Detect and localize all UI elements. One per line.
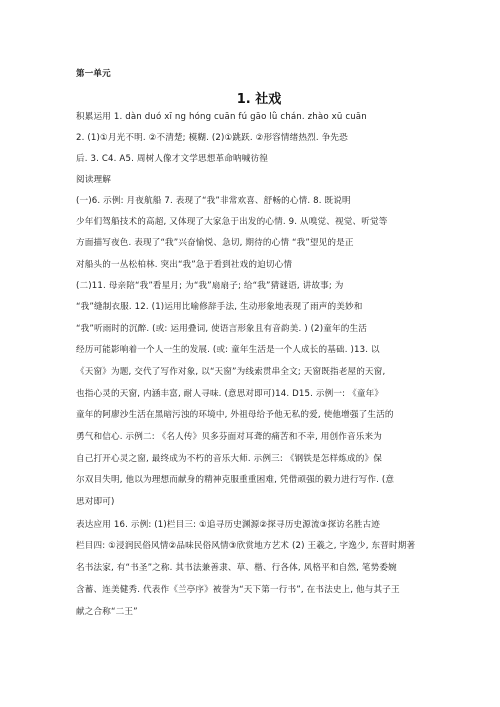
text-line: 方面描写夜色. 表现了“我”兴奋愉悦、急切, 期待的心情 “我”望见的是正 xyxy=(76,237,354,249)
text-line: 表达应用 16. 示例: (1)栏目三: ①追寻历史渊源②探寻历史源流③探访名胜… xyxy=(76,519,380,531)
text-line: 也指心灵的天窗, 内涵丰富, 耐人寻味. (意思对即可)14. D15. 示例一… xyxy=(76,388,383,400)
unit-heading: 第一单元 xyxy=(76,67,111,79)
section-heading-reading: 阅读理解 xyxy=(76,174,111,186)
text-line: 少年们驾船技术的高超, 又体现了大家急于出发的心情. 9. 从嗅觉、视觉、听觉等 xyxy=(76,216,387,228)
document-page: 第一单元 1. 社戏 积累运用 1. dàn duó xī ng hóng cu… xyxy=(0,0,500,707)
text-line: 尔双目失明, 他以为理想而献身的精神克服重重困难, 凭借顽强的毅力进行写作. (… xyxy=(76,474,394,486)
text-line: “我”缝制衣服. 12. (1)运用比喻修辞手法, 生动形象地表现了雨声的美妙和 xyxy=(76,301,362,313)
text-line: 对船头的一丛松柏林. 突出“我”急于看到社戏的迫切心情 xyxy=(76,259,292,271)
text-line: 栏目四: ①浸润民俗风情②品味民俗风情③欣赏地方艺术 (2) 王羲之, 字逸少,… xyxy=(76,540,415,552)
text-line: “我”听雨时的沉醉. (或: 运用叠词, 使语言形象且有音韵美. ) (2)童年… xyxy=(76,323,367,335)
lesson-title: 1. 社戏 xyxy=(0,88,500,107)
text-line: 《天窗》为题, 交代了写作对象, 以“天窗”为线索贯串全文; 天窗既指老屋的天窗… xyxy=(76,366,385,378)
text-line: 童年的阿廖沙生活在黑暗污浊的环境中, 外祖母给予他无私的爱, 使他增强了生活的 xyxy=(76,409,394,421)
text-line: 名书法家, 有“书圣”之称. 其书法兼善隶、草、楷、行各体, 风格平和自然, 笔… xyxy=(76,562,397,574)
text-line: 思对即可) xyxy=(76,496,114,508)
text-line: 献之合称“二王” xyxy=(76,606,138,618)
text-line: 自己打开心灵之窗, 最终成为不朽的音乐大师. 示例三: 《钢铁是怎样炼成的》保 xyxy=(76,453,382,465)
text-line: (二)11. 母亲陪“我”看星月; 为“我”扇扇子; 给“我”猜谜语, 讲故事;… xyxy=(76,280,344,292)
text-line: 后. 3. C4. A5. 周树人像才文学思想革命呐喊彷徨 xyxy=(76,153,268,165)
text-line: 2. (1)①月光不明. ②不清楚; 模糊. (2)①跳跃. ②形容情绪热烈. … xyxy=(76,132,348,144)
text-line: 含蓄、连美健秀. 代表作《兰亭序》被誉为“天下第一行书”, 在书法史上, 他与其… xyxy=(76,584,400,596)
text-line: 经历可能影响着一个人一生的发展. (或: 童年生活是一个人成长的基础. )13.… xyxy=(76,344,380,356)
text-line-pinyin: 积累运用 1. dàn duó xī ng hóng cuān fú gāo l… xyxy=(76,111,367,123)
text-line: 勇气和信心. 示例二: 《名人传》贝多芬面对耳聋的痛苦和不幸, 用创作音乐来为 xyxy=(76,431,382,443)
text-line: (一)6. 示例: 月夜航船 7. 表现了“我”非常欢喜、舒畅的心情. 8. 既… xyxy=(76,195,351,207)
